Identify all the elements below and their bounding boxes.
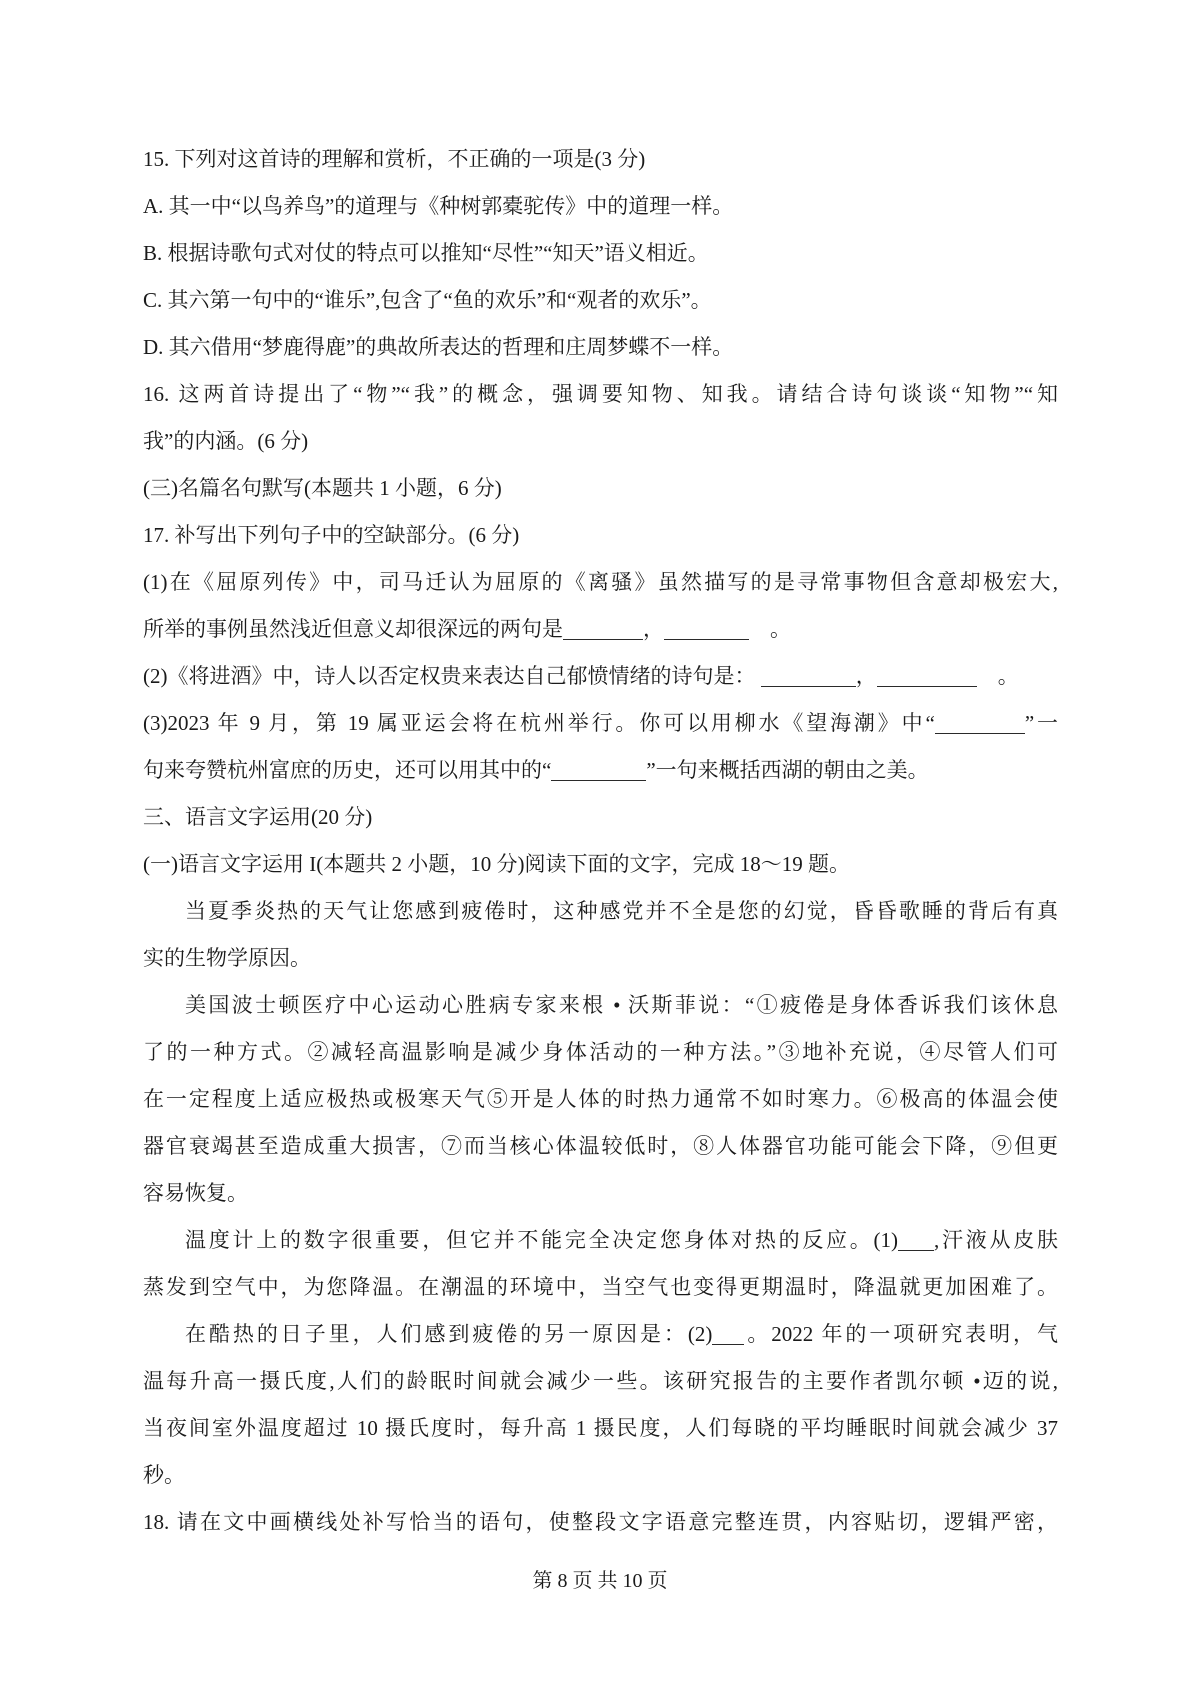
text-line: (3)2023 年 9 月，第 19 属亚运会将在杭州举行。你可以用柳水《望海潮… [143,700,1058,747]
text-segment: 蒸发到空气中，为您降温。在潮温的环境中，当空气也变得更期温时，降温就更加困难了。 [143,1275,1058,1299]
fill-in-blank-line [551,778,646,781]
text-segment: D. 其六借用“梦鹿得鹿”的典故所表达的哲理和庄周梦蝶不一样。 [143,335,733,359]
text-segment: (三)名篇名句默写(本题共 1 小题，6 分) [143,476,502,500]
text-line: (1)在《屈原列传》中，司马迁认为屈原的《离骚》虽然描写的是寻常事物但含意却极宏… [143,559,1058,606]
text-line: 在一定程度上适应极热或极寒天气⑤开是人体的时热力通常不如时寒力。⑥极高的体温会使 [143,1076,1058,1123]
text-line: 我”的内涵。(6 分) [143,418,1058,465]
text-line: 美国波士顿医疗中心运动心胜病专家来根 • 沃斯菲说：“①疲倦是身体香诉我们该休息 [143,982,1058,1029]
text-segment: ， [643,617,664,641]
text-line: 18. 请在文中画横线处补写恰当的语句，使整段文字语意完整连贯，内容贴切，逻辑严… [143,1499,1058,1546]
exam-paper-page: 15. 下列对这首诗的理解和赏析，不正确的一项是(3 分)A. 其一中“以鸟养鸟… [0,0,1200,1698]
text-segment: A. 其一中“以鸟养鸟”的道理与《种树郭橐驼传》中的道理一样。 [143,194,733,218]
text-segment: 当夜间室外温度超过 10 摄氏度时，每升高 1 摄民度，人们每晓的平均睡眠时间就… [143,1416,1058,1440]
text-line: (2)《将进酒》中，诗人以否定权贵来表达自己郁愤情绪的诗句是： ， 。 [143,653,1058,700]
fill-in-blank-line [898,1248,934,1251]
text-line: 实的生物学原因。 [143,935,1058,982]
fill-in-blank-line [935,731,1025,734]
text-segment: C. 其六第一句中的“谁乐”,包含了“鱼的欢乐”和“观者的欢乐”。 [143,288,712,312]
text-segment: 所举的事例虽然浅近但意义却很深远的两句是 [143,617,563,641]
text-line: 句来夸赞杭州富庶的历史，还可以用其中的“”一句来概括西湖的朝由之美。 [143,747,1058,794]
text-segment: 当夏季炎热的天气让您感到疲倦时，这种感党并不全是您的幻觉，昏昏歌睡的背后有真 [185,899,1058,923]
text-segment: 三、语言文字运用(20 分) [143,805,372,829]
text-line: (三)名篇名句默写(本题共 1 小题，6 分) [143,465,1058,512]
text-line: (一)语言文字运用 I(本题共 2 小题，10 分)阅读下面的文字，完成 18～… [143,841,1058,888]
text-segment: 温度计上的数字很重要，但它并不能完全决定您身体对热的反应。(1) [185,1228,898,1252]
text-segment: 温每升高一摄氏度,人们的龄眠时间就会减少一些。该研究报告的主要作者凯尔顿 •迈的… [143,1369,1058,1393]
text-line: 所举的事例虽然浅近但意义却很深远的两句是， 。 [143,606,1058,653]
text-line: 器官衰竭甚至造成重大损害，⑦而当核心体温较低时，⑧人体器官功能可能会下降，⑨但更 [143,1123,1058,1170]
text-line: B. 根据诗歌句式对仗的特点可以推知“尽性”“知天”语义相近。 [143,230,1058,277]
text-segment: 我”的内涵。(6 分) [143,429,308,453]
text-segment: 在一定程度上适应极热或极寒天气⑤开是人体的时热力通常不如时寒力。⑥极高的体温会使 [143,1087,1058,1111]
text-segment: 秒。 [143,1463,185,1487]
text-segment: ”一 [1025,711,1058,735]
text-segment: 15. 下列对这首诗的理解和赏析，不正确的一项是(3 分) [143,147,645,171]
text-line: 温每升高一摄氏度,人们的龄眠时间就会减少一些。该研究报告的主要作者凯尔顿 •迈的… [143,1358,1058,1405]
text-line: 当夏季炎热的天气让您感到疲倦时，这种感党并不全是您的幻觉，昏昏歌睡的背后有真 [143,888,1058,935]
text-line: 了的一种方式。②减轻高温影响是减少身体活动的一种方法。”③地补充说，④尽管人们可 [143,1029,1058,1076]
text-segment: ”一句来概括西湖的朝由之美。 [646,758,928,782]
text-line: 15. 下列对这首诗的理解和赏析，不正确的一项是(3 分) [143,136,1058,183]
fill-in-blank-line [761,684,856,687]
text-segment: 了的一种方式。②减轻高温影响是减少身体活动的一种方法。”③地补充说，④尽管人们可 [143,1040,1058,1064]
text-segment: 美国波士顿医疗中心运动心胜病专家来根 • 沃斯菲说：“①疲倦是身体香诉我们该休息 [185,993,1058,1017]
text-line: D. 其六借用“梦鹿得鹿”的典故所表达的哲理和庄周梦蝶不一样。 [143,324,1058,371]
text-segment: (1)在《屈原列传》中，司马迁认为屈原的《离骚》虽然描写的是寻常事物但含意却极宏… [143,570,1058,594]
text-segment: 句来夸赞杭州富庶的历史，还可以用其中的“ [143,758,551,782]
text-segment: 实的生物学原因。 [143,946,311,970]
text-line: 16. 这两首诗提出了“物”“我”的概念，强调要知物、知我。请结合诗句谈谈“知物… [143,371,1058,418]
text-line: 三、语言文字运用(20 分) [143,794,1058,841]
fill-in-blank-line [563,637,643,640]
text-segment: 在酷热的日子里，人们感到疲倦的另一原因是：(2) [185,1322,712,1346]
text-line: 秒。 [143,1452,1058,1499]
text-segment: (3)2023 年 9 月，第 19 属亚运会将在杭州举行。你可以用柳水《望海潮… [143,711,935,735]
text-line: C. 其六第一句中的“谁乐”,包含了“鱼的欢乐”和“观者的欢乐”。 [143,277,1058,324]
text-segment: (2)《将进酒》中，诗人以否定权贵来表达自己郁愤情绪的诗句是： [143,664,761,688]
text-line: 在酷热的日子里，人们感到疲倦的另一原因是：(2)。2022 年的一项研究表明，气 [143,1311,1058,1358]
fill-in-blank-line [712,1342,744,1345]
fill-in-blank-line [877,684,977,687]
text-line: 温度计上的数字很重要，但它并不能完全决定您身体对热的反应。(1),汗液从皮肤 [143,1217,1058,1264]
text-line: A. 其一中“以鸟养鸟”的道理与《种树郭橐驼传》中的道理一样。 [143,183,1058,230]
text-line: 容易恢复。 [143,1170,1058,1217]
text-segment: 17. 补写出下列句子中的空缺部分。(6 分) [143,523,519,547]
text-segment: 18. 请在文中画横线处补写恰当的语句，使整段文字语意完整连贯，内容贴切，逻辑严… [143,1510,1058,1534]
text-line: 蒸发到空气中，为您降温。在潮温的环境中，当空气也变得更期温时，降温就更加困难了。 [143,1264,1058,1311]
fill-in-blank-line [664,637,749,640]
text-segment: B. 根据诗歌句式对仗的特点可以推知“尽性”“知天”语义相近。 [143,241,709,265]
text-segment: 16. 这两首诗提出了“物”“我”的概念，强调要知物、知我。请结合诗句谈谈“知物… [143,382,1058,406]
exam-text-block: 15. 下列对这首诗的理解和赏析，不正确的一项是(3 分)A. 其一中“以鸟养鸟… [143,136,1058,1546]
text-segment: (一)语言文字运用 I(本题共 2 小题，10 分)阅读下面的文字，完成 18～… [143,852,850,876]
text-segment: 器官衰竭甚至造成重大损害，⑦而当核心体温较低时，⑧人体器官功能可能会下降，⑨但更 [143,1134,1058,1158]
page-footer: 第 8 页 共 10 页 [0,1566,1200,1596]
text-line: 17. 补写出下列句子中的空缺部分。(6 分) [143,512,1058,559]
text-segment: ,汗液从皮肤 [934,1228,1058,1252]
text-segment: 。 [977,664,1019,688]
text-segment: 容易恢复。 [143,1181,248,1205]
text-segment: 。 [749,617,791,641]
text-segment: 。2022 年的一项研究表明，气 [744,1322,1058,1346]
text-line: 当夜间室外温度超过 10 摄氏度时，每升高 1 摄民度，人们每晓的平均睡眠时间就… [143,1405,1058,1452]
text-segment: ， [856,664,877,688]
